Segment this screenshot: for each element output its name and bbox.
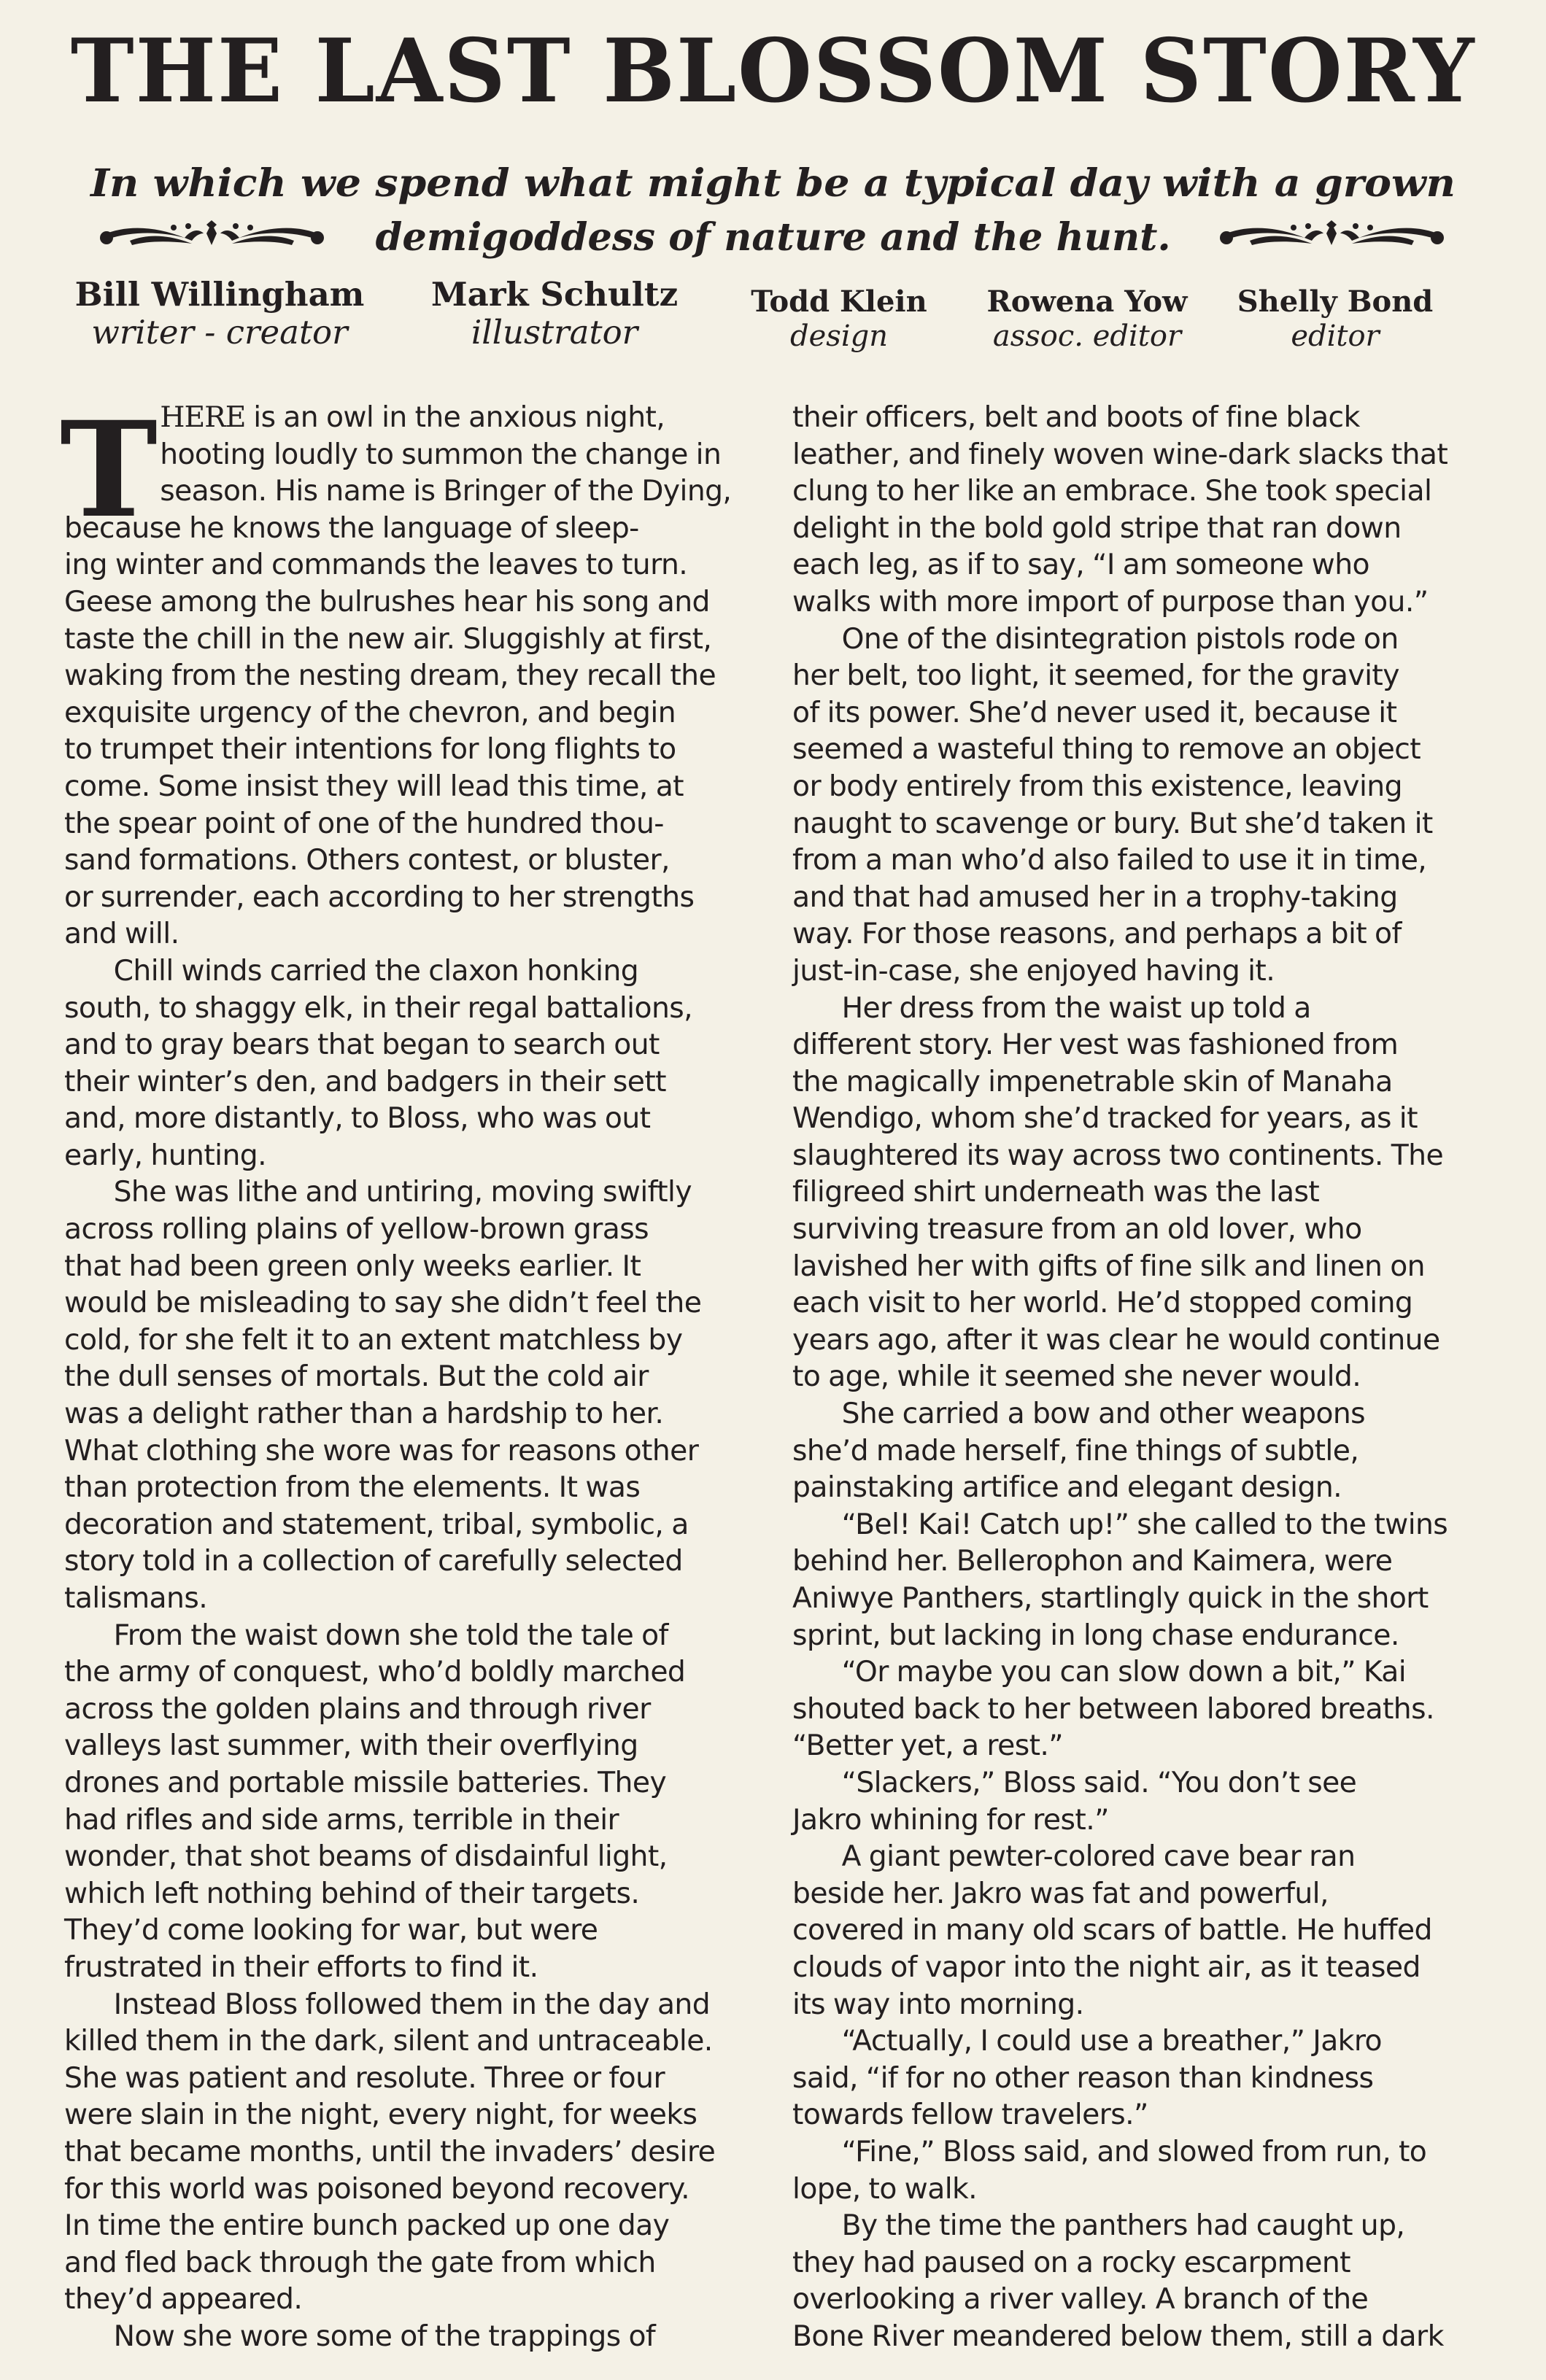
story-paragraph: their officers, belt and boots of fine b…: [792, 399, 1493, 621]
credit-role: editor: [1233, 321, 1437, 352]
text-line: Now she wore some of the trappings of: [64, 2318, 760, 2355]
text-line: Chill winds carried the claxon honking: [64, 953, 760, 990]
story-paragraph: “Or maybe you can slow down a bit,” Kais…: [792, 1654, 1493, 1764]
text-line: Instead Bloss followed them in the day a…: [64, 1986, 760, 2023]
credit-name: Rowena Yow: [978, 276, 1197, 321]
text-line: lavished her with gifts of fine silk and…: [792, 1248, 1489, 1285]
credit-role: writer - creator: [63, 314, 376, 352]
text-line: waking from the nesting dream, they reca…: [64, 657, 761, 694]
text-line: overlooking a river valley. A branch of …: [792, 2281, 1489, 2318]
story-paragraph: Now she wore some of the trappings of: [64, 2318, 765, 2355]
text-line: Bone River meandered below them, still a…: [792, 2318, 1489, 2355]
text-line: story told in a collection of carefully …: [64, 1543, 761, 1580]
story-paragraph: “Fine,” Bloss said, and slowed from run,…: [792, 2133, 1493, 2207]
text-line: talismans.: [64, 1580, 761, 1617]
text-line: Wendigo, whom she’d tracked for years, a…: [792, 1100, 1489, 1137]
text-line: “Fine,” Bloss said, and slowed from run,…: [792, 2133, 1488, 2171]
story-title-text: THE LAST BLOSSOM STORY: [71, 27, 1476, 115]
subtitle-text: demigoddess of nature and the hunt.: [375, 211, 1170, 265]
text-line: their winter’s den, and badgers in their…: [64, 1063, 761, 1101]
scroll-flourish-ornament-icon: [97, 219, 327, 255]
text-line: filigreed shirt underneath was the last: [792, 1174, 1489, 1211]
text-line: different story. Her vest was fashioned …: [792, 1026, 1489, 1063]
text-line: and, more distantly, to Bloss, who was o…: [64, 1100, 761, 1137]
story-paragraph: HERE is an owl in the anxious night,hoot…: [64, 399, 765, 953]
text-line: Jakro whining for rest.”: [792, 1802, 1489, 1839]
text-line: hooting loudly to summon the change in: [64, 436, 760, 473]
text-line: to trumpet their intentions for long fli…: [64, 731, 761, 768]
text-line: sprint, but lacking in long chase endura…: [792, 1617, 1489, 1654]
text-line: painstaking artifice and elegant design.: [792, 1469, 1489, 1506]
text-line: By the time the panthers had caught up,: [792, 2207, 1488, 2244]
story-paragraph: She was lithe and untiring, moving swift…: [64, 1174, 765, 1616]
text-line: slaughtered its way across two continent…: [792, 1137, 1489, 1174]
text-line: than protection from the elements. It wa…: [64, 1469, 761, 1506]
text-line: was a delight rather than a hardship to …: [64, 1395, 761, 1433]
text-line: walks with more import of purpose than y…: [792, 584, 1489, 621]
text-line: From the waist down she told the tale of: [64, 1617, 760, 1654]
text-line: that became months, until the invaders’ …: [64, 2133, 761, 2171]
text-line: In time the entire bunch packed up one d…: [64, 2207, 761, 2244]
text-line: “Or maybe you can slow down a bit,” Kai: [792, 1654, 1488, 1691]
text-line: they’d appeared.: [64, 2281, 761, 2318]
credit-illustrator: Mark Schultz illustrator: [416, 276, 693, 352]
story-paragraph: “Bel! Kai! Catch up!” she called to the …: [792, 1506, 1493, 1654]
text-line: delight in the bold gold stripe that ran…: [792, 510, 1489, 547]
text-line: and to gray bears that began to search o…: [64, 1026, 761, 1063]
text-line: She carried a bow and other weapons: [792, 1395, 1488, 1433]
text-line: were slain in the night, every night, fo…: [64, 2096, 761, 2133]
text-line: across the golden plains and through riv…: [64, 1691, 761, 1728]
text-line: clung to her like an embrace. She took s…: [792, 473, 1489, 510]
text-line: of its power. She’d never used it, becau…: [792, 694, 1489, 732]
text-line: they had paused on a rocky escarpment: [792, 2244, 1489, 2282]
text-line: her belt, too light, it seemed, for the …: [792, 657, 1489, 694]
text-line: surviving treasure from an old lover, wh…: [792, 1211, 1489, 1248]
text-line: They’d come looking for war, but were: [64, 1912, 761, 1949]
story-paragraph: Chill winds carried the claxon honkingso…: [64, 953, 765, 1174]
credit-assoc-editor: Rowena Yow assoc. editor: [978, 276, 1197, 352]
text-line: or surrender, each according to her stre…: [64, 879, 761, 916]
text-line: each visit to her world. He’d stopped co…: [792, 1284, 1489, 1322]
story-paragraph: By the time the panthers had caught up,t…: [792, 2207, 1493, 2354]
text-line: because he knows the language of sleep-: [64, 510, 761, 547]
text-line: She was lithe and untiring, moving swift…: [64, 1174, 760, 1211]
text-line: and that had amused her in a trophy-taki…: [792, 879, 1489, 916]
text-line: clouds of vapor into the night air, as i…: [792, 1949, 1489, 1986]
credit-role: assoc. editor: [978, 321, 1197, 352]
text-line: come. Some insist they will lead this ti…: [64, 768, 761, 805]
text-run: is an owl in the anxious night,: [245, 400, 665, 434]
text-line: behind her. Bellerophon and Kaimera, wer…: [792, 1543, 1489, 1580]
text-line: just-in-case, she enjoyed having it.: [792, 953, 1489, 990]
text-line: killed them in the dark, silent and untr…: [64, 2023, 761, 2060]
text-line: and fled back through the gate from whic…: [64, 2244, 761, 2282]
credit-name: Bill Willingham: [63, 276, 376, 314]
credit-writer: Bill Willingham writer - creator: [63, 276, 376, 352]
text-line: lope, to walk.: [792, 2171, 1489, 2208]
credit-name: Mark Schultz: [416, 276, 693, 314]
text-line: valleys last summer, with their overflyi…: [64, 1727, 761, 1764]
text-line: naught to scavenge or bury. But she’d ta…: [792, 805, 1489, 842]
text-line: Aniwye Panthers, startlingly quick in th…: [792, 1580, 1489, 1617]
credits-row: Bill Willingham writer - creator Mark Sc…: [0, 276, 1546, 363]
text-line: wonder, that shot beams of disdainful li…: [64, 1838, 761, 1875]
text-line: seemed a wasteful thing to remove an obj…: [792, 731, 1489, 768]
scroll-flourish-ornament-icon: [1217, 219, 1447, 255]
credit-name: Todd Klein: [737, 276, 941, 321]
text-line: What clothing she wore was for reasons o…: [64, 1433, 761, 1470]
text-line: from a man who’d also failed to use it i…: [792, 842, 1489, 879]
text-line: season. His name is Bringer of the Dying…: [64, 473, 760, 510]
text-line: Her dress from the waist up told a: [792, 990, 1488, 1027]
story-paragraph: “Slackers,” Bloss said. “You don’t seeJa…: [792, 1764, 1493, 1838]
lead-in-caps: HERE: [160, 400, 245, 434]
text-line: covered in many old scars of battle. He …: [792, 1912, 1489, 1949]
text-line: A giant pewter-colored cave bear ran: [792, 1838, 1488, 1875]
story-paragraph: Instead Bloss followed them in the day a…: [64, 1986, 765, 2318]
story-column-right: their officers, belt and boots of fine b…: [792, 399, 1493, 2354]
text-line: HERE is an owl in the anxious night,: [64, 399, 760, 436]
credit-name: Shelly Bond: [1233, 276, 1437, 321]
text-line: towards fellow travelers.”: [792, 2096, 1489, 2133]
text-line: the army of conquest, who’d boldly march…: [64, 1654, 761, 1691]
credit-design: Todd Klein design: [737, 276, 941, 352]
text-line: and will.: [64, 915, 761, 953]
text-line: would be misleading to say she didn’t fe…: [64, 1284, 761, 1322]
story-column-left: T HERE is an owl in the anxious night,ho…: [64, 399, 765, 2354]
text-line: said, “if for no other reason than kindn…: [792, 2060, 1489, 2097]
text-line: frustrated in their efforts to find it.: [64, 1949, 761, 1986]
subtitle-line-1: In which we spend what might be a typica…: [0, 157, 1546, 211]
text-line: decoration and statement, tribal, symbol…: [64, 1506, 761, 1543]
text-line: way. For those reasons, and perhaps a bi…: [792, 915, 1489, 953]
story-title: THE LAST BLOSSOM STORY: [0, 27, 1546, 115]
text-line: the spear point of one of the hundred th…: [64, 805, 761, 842]
text-line: shouted back to her between labored brea…: [792, 1691, 1489, 1728]
text-line: south, to shaggy elk, in their regal bat…: [64, 990, 761, 1027]
text-line: beside her. Jakro was fat and powerful,: [792, 1875, 1489, 1912]
text-line: leather, and finely woven wine-dark slac…: [792, 436, 1489, 473]
text-line: drones and portable missile batteries. T…: [64, 1764, 761, 1802]
text-line: “Slackers,” Bloss said. “You don’t see: [792, 1764, 1488, 1802]
story-paragraph: “Actually, I could use a breather,” Jakr…: [792, 2023, 1493, 2133]
text-line: that had been green only weeks earlier. …: [64, 1248, 761, 1285]
story-paragraph: She carried a bow and other weaponsshe’d…: [792, 1395, 1493, 1506]
text-line: their officers, belt and boots of fine b…: [792, 399, 1489, 436]
credit-role: illustrator: [416, 314, 693, 352]
story-paragraph: A giant pewter-colored cave bear ranbesi…: [792, 1838, 1493, 2023]
text-line: early, hunting.: [64, 1137, 761, 1174]
text-line: taste the chill in the new air. Sluggish…: [64, 621, 761, 658]
text-line: “Actually, I could use a breather,” Jakr…: [792, 2023, 1488, 2060]
text-line: “Better yet, a rest.”: [792, 1727, 1489, 1764]
text-line: which left nothing behind of their targe…: [64, 1875, 761, 1912]
text-line: the dull senses of mortals. But the cold…: [64, 1358, 761, 1395]
text-line: cold, for she felt it to an extent match…: [64, 1322, 761, 1359]
text-line: for this world was poisoned beyond recov…: [64, 2171, 761, 2208]
text-line: years ago, after it was clear he would c…: [792, 1322, 1489, 1359]
text-line: the magically impenetrable skin of Manah…: [792, 1063, 1489, 1101]
story-paragraph: One of the disintegration pistols rode o…: [792, 621, 1493, 990]
text-line: Geese among the bulrushes hear his song …: [64, 584, 761, 621]
text-line: each leg, as if to say, “I am someone wh…: [792, 546, 1489, 584]
text-line: She was patient and resolute. Three or f…: [64, 2060, 761, 2097]
text-line: “Bel! Kai! Catch up!” she called to the …: [792, 1506, 1488, 1543]
story-paragraph: Her dress from the waist up told adiffer…: [792, 990, 1493, 1396]
story-paragraph: From the waist down she told the tale of…: [64, 1617, 765, 1986]
text-line: she’d made herself, fine things of subtl…: [792, 1433, 1489, 1470]
credit-editor: Shelly Bond editor: [1233, 276, 1437, 352]
text-line: exquisite urgency of the chevron, and be…: [64, 694, 761, 732]
credit-role: design: [737, 321, 941, 352]
text-line: its way into morning.: [792, 1986, 1489, 2023]
text-line: across rolling plains of yellow-brown gr…: [64, 1211, 761, 1248]
subtitle-text: In which we spend what might be a typica…: [90, 157, 1456, 211]
text-line: One of the disintegration pistols rode o…: [792, 621, 1488, 658]
text-line: to age, while it seemed she never would.: [792, 1358, 1489, 1395]
text-line: sand formations. Others contest, or blus…: [64, 842, 761, 879]
text-line: ing winter and commands the leaves to tu…: [64, 546, 761, 584]
text-line: or body entirely from this existence, le…: [792, 768, 1489, 805]
text-line: had rifles and side arms, terrible in th…: [64, 1802, 761, 1839]
